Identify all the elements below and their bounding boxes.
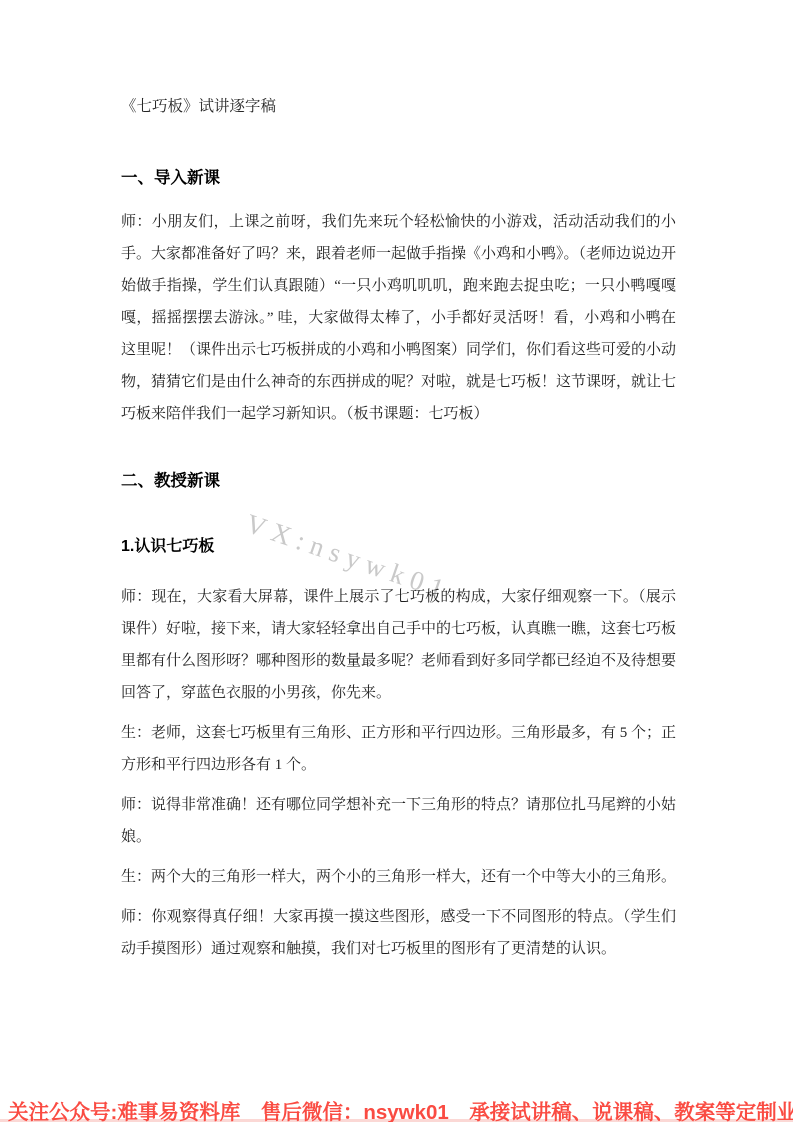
paragraph-intro: 师：小朋友们，上课之前呀，我们先来玩个轻松愉快的小游戏，活动活动我们的小手。大家… xyxy=(121,206,676,430)
footer-text: 关注公众号:难事易资料库 售后微信：nsywk01 承接试讲稿、说课稿、教案等定… xyxy=(8,1101,793,1122)
paragraph-student-2: 生：两个大的三角形一样大，两个小的三角形一样大，还有一个中等大小的三角形。 xyxy=(121,861,676,893)
document-content: 《七巧板》试讲逐字稿 一、导入新课 师：小朋友们，上课之前呀，我们先来玩个轻松愉… xyxy=(121,0,676,965)
subsection-heading: 1.认识七巧板 xyxy=(121,536,676,558)
section-1-heading: 一、导入新课 xyxy=(121,167,676,189)
section-2-heading: 二、教授新课 xyxy=(121,470,676,492)
document-page: VX:nsywk01 《七巧板》试讲逐字稿 一、导入新课 师：小朋友们，上课之前… xyxy=(0,0,793,1122)
paragraph-teacher-2: 师：说得非常准确！还有哪位同学想补充一下三角形的特点？请那位扎马尾辫的小姑娘。 xyxy=(121,789,676,853)
footer-banner: 关注公众号:难事易资料库 售后微信：nsywk01 承接试讲稿、说课稿、教案等定… xyxy=(0,1100,793,1122)
document-title: 《七巧板》试讲逐字稿 xyxy=(121,96,676,117)
paragraph-student-1: 生：老师，这套七巧板里有三角形、正方形和平行四边形。三角形最多，有 5 个；正方… xyxy=(121,717,676,781)
paragraph-teacher-1: 师：现在，大家看大屏幕，课件上展示了七巧板的构成，大家仔细观察一下。（展示课件）… xyxy=(121,581,676,709)
paragraph-teacher-3: 师：你观察得真仔细！大家再摸一摸这些图形，感受一下不同图形的特点。（学生们动手摸… xyxy=(121,901,676,965)
